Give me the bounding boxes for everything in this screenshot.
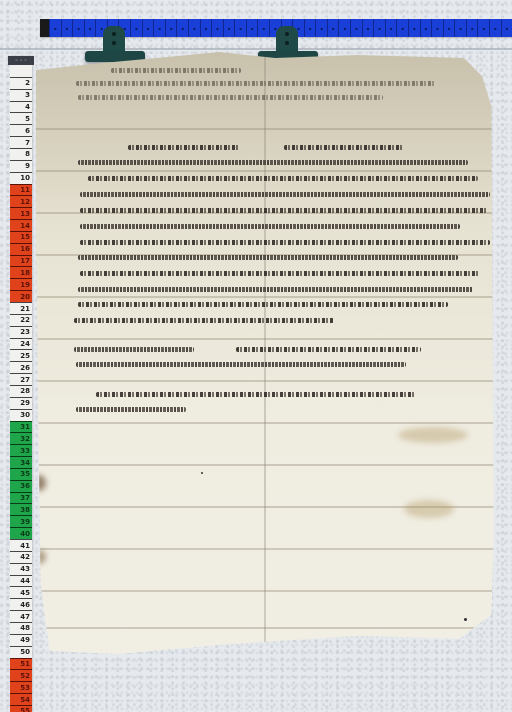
- ruler-label: 54: [10, 693, 32, 705]
- ruler-label: 9: [10, 160, 32, 172]
- ruler-label: 34: [10, 456, 32, 468]
- ruler-label: 23: [10, 326, 32, 338]
- ruler-label: 40: [10, 527, 32, 539]
- body-text-line: [284, 145, 404, 150]
- tape-tick: ▪: [188, 19, 200, 37]
- ruler-label: 50: [10, 646, 32, 658]
- tape-tick: ▪: [234, 19, 246, 37]
- ruler-label: 10: [10, 172, 32, 184]
- body-text-line: [88, 176, 478, 181]
- ruler-label: 53: [10, 681, 32, 693]
- tape-tick: ▪: [338, 19, 350, 37]
- body-text-line: [78, 160, 468, 165]
- ruler-label: 37: [10, 492, 32, 504]
- ruler-label: 7: [10, 136, 32, 148]
- ruler-label: 43: [10, 563, 32, 575]
- ruler-label: 16: [10, 243, 32, 255]
- ruler-label: 24: [10, 338, 32, 350]
- tape-tick: ▪: [443, 19, 455, 37]
- ruler-label: 12: [10, 195, 32, 207]
- ruler-label: 31: [10, 421, 32, 433]
- ruler-label: 28: [10, 385, 32, 397]
- body-text-line: [80, 224, 460, 229]
- ruler-label: 30: [10, 409, 32, 421]
- ruler-label: 6: [10, 124, 32, 136]
- body-text-line: [80, 240, 490, 245]
- body-text-line: [78, 287, 473, 292]
- ruler-label: 29: [10, 397, 32, 409]
- ruler-label: 15: [10, 231, 32, 243]
- tape-tick: ▪: [454, 19, 466, 37]
- tape-tick: ▪: [350, 19, 362, 37]
- header-text-line: [78, 95, 383, 100]
- tape-tick: ▪: [431, 19, 443, 37]
- tape-tick: ▪: [61, 19, 73, 37]
- closing-text-line: [76, 407, 186, 412]
- ruler-label: 44: [10, 575, 32, 587]
- tape-tick: ▪: [176, 19, 188, 37]
- ruler-label: 25: [10, 349, 32, 361]
- tape-tick: ▪: [501, 19, 512, 37]
- tape-tick: ▪: [373, 19, 385, 37]
- tape-tick: ▪: [200, 19, 212, 37]
- ruler-label: 14: [10, 219, 32, 231]
- tape-tick: ▪: [466, 19, 478, 37]
- ruler-label: 38: [10, 503, 32, 515]
- body-text-line: [74, 318, 334, 323]
- tape-tick: ▪: [72, 19, 84, 37]
- ruler-label: 4: [10, 101, 32, 113]
- tape-tick: ▪: [165, 19, 177, 37]
- tape-tick: ▪: [408, 19, 420, 37]
- closing-text-line: [236, 347, 421, 352]
- tape-tick: ▪: [153, 19, 165, 37]
- ruler-label: 8: [10, 148, 32, 160]
- ruler-label: 36: [10, 480, 32, 492]
- ruler-label: 27: [10, 373, 32, 385]
- stain: [398, 427, 468, 443]
- ruler-label: 18: [10, 266, 32, 278]
- body-text-line: [80, 208, 488, 213]
- ruler-label: 49: [10, 634, 32, 646]
- closing-text-line: [96, 392, 416, 397]
- ruler-label: 51: [10, 658, 32, 670]
- body-text-line: [80, 271, 480, 276]
- tape-tick: ▪: [396, 19, 408, 37]
- ruler-label: 48: [10, 622, 32, 634]
- body-text-line: [78, 302, 448, 307]
- ruler-label: 39: [10, 515, 32, 527]
- ruler-label: 32: [10, 432, 32, 444]
- tape-tick: ▪: [223, 19, 235, 37]
- ruler-label: 21: [10, 302, 32, 314]
- vertical-fold: [264, 52, 266, 657]
- stain: [36, 475, 46, 491]
- vertical-measuring-ruler: ◦ ◦ ◦ 2345678910111213141516171819202122…: [10, 56, 32, 712]
- ruler-label: 13: [10, 207, 32, 219]
- stain: [36, 550, 46, 564]
- ruler-label: 22: [10, 314, 32, 326]
- ruler-cap: ◦ ◦ ◦: [8, 56, 34, 65]
- ruler-label: 45: [10, 586, 32, 598]
- body-text-line: [128, 145, 240, 150]
- tape-tick: ▪: [489, 19, 501, 37]
- ruler-label: 55: [10, 705, 32, 712]
- ruler-label: 47: [10, 610, 32, 622]
- ruler-label: 3: [10, 89, 32, 101]
- tape-end-cap: [40, 19, 49, 37]
- header-text-line: [111, 68, 241, 73]
- tape-tick: ▪: [477, 19, 489, 37]
- ruler-label: 2: [10, 77, 32, 89]
- ruler-label: 5: [10, 112, 32, 124]
- closing-text-line: [74, 347, 194, 352]
- ruler-label: 35: [10, 468, 32, 480]
- stain: [404, 500, 454, 518]
- tape-tick: ▪: [385, 19, 397, 37]
- closing-text-line: [76, 362, 406, 367]
- ruler-label: 11: [10, 184, 32, 196]
- ruler-label: 52: [10, 669, 32, 681]
- ruler-label: 46: [10, 598, 32, 610]
- tape-tick: ▪: [246, 19, 258, 37]
- tape-tick: ▪: [327, 19, 339, 37]
- ruler-label: 26: [10, 361, 32, 373]
- wall-shadow-line: [0, 48, 512, 50]
- ruler-label: 33: [10, 444, 32, 456]
- ruler-label: 17: [10, 255, 32, 267]
- body-text-line: [78, 255, 458, 260]
- tape-tick: ▪: [362, 19, 374, 37]
- tape-tick: ▪: [49, 19, 61, 37]
- ruler-label: 41: [10, 539, 32, 551]
- body-text-line: [80, 192, 490, 197]
- ruler-label: 19: [10, 278, 32, 290]
- header-text-line: [76, 81, 436, 86]
- tape-tick: ▪: [420, 19, 432, 37]
- ruler-label: 42: [10, 551, 32, 563]
- tape-tick: ▪: [211, 19, 223, 37]
- tibetan-manuscript: Tibetan (handwritten, cursive): [36, 52, 496, 657]
- ruler-label: 20: [10, 290, 32, 302]
